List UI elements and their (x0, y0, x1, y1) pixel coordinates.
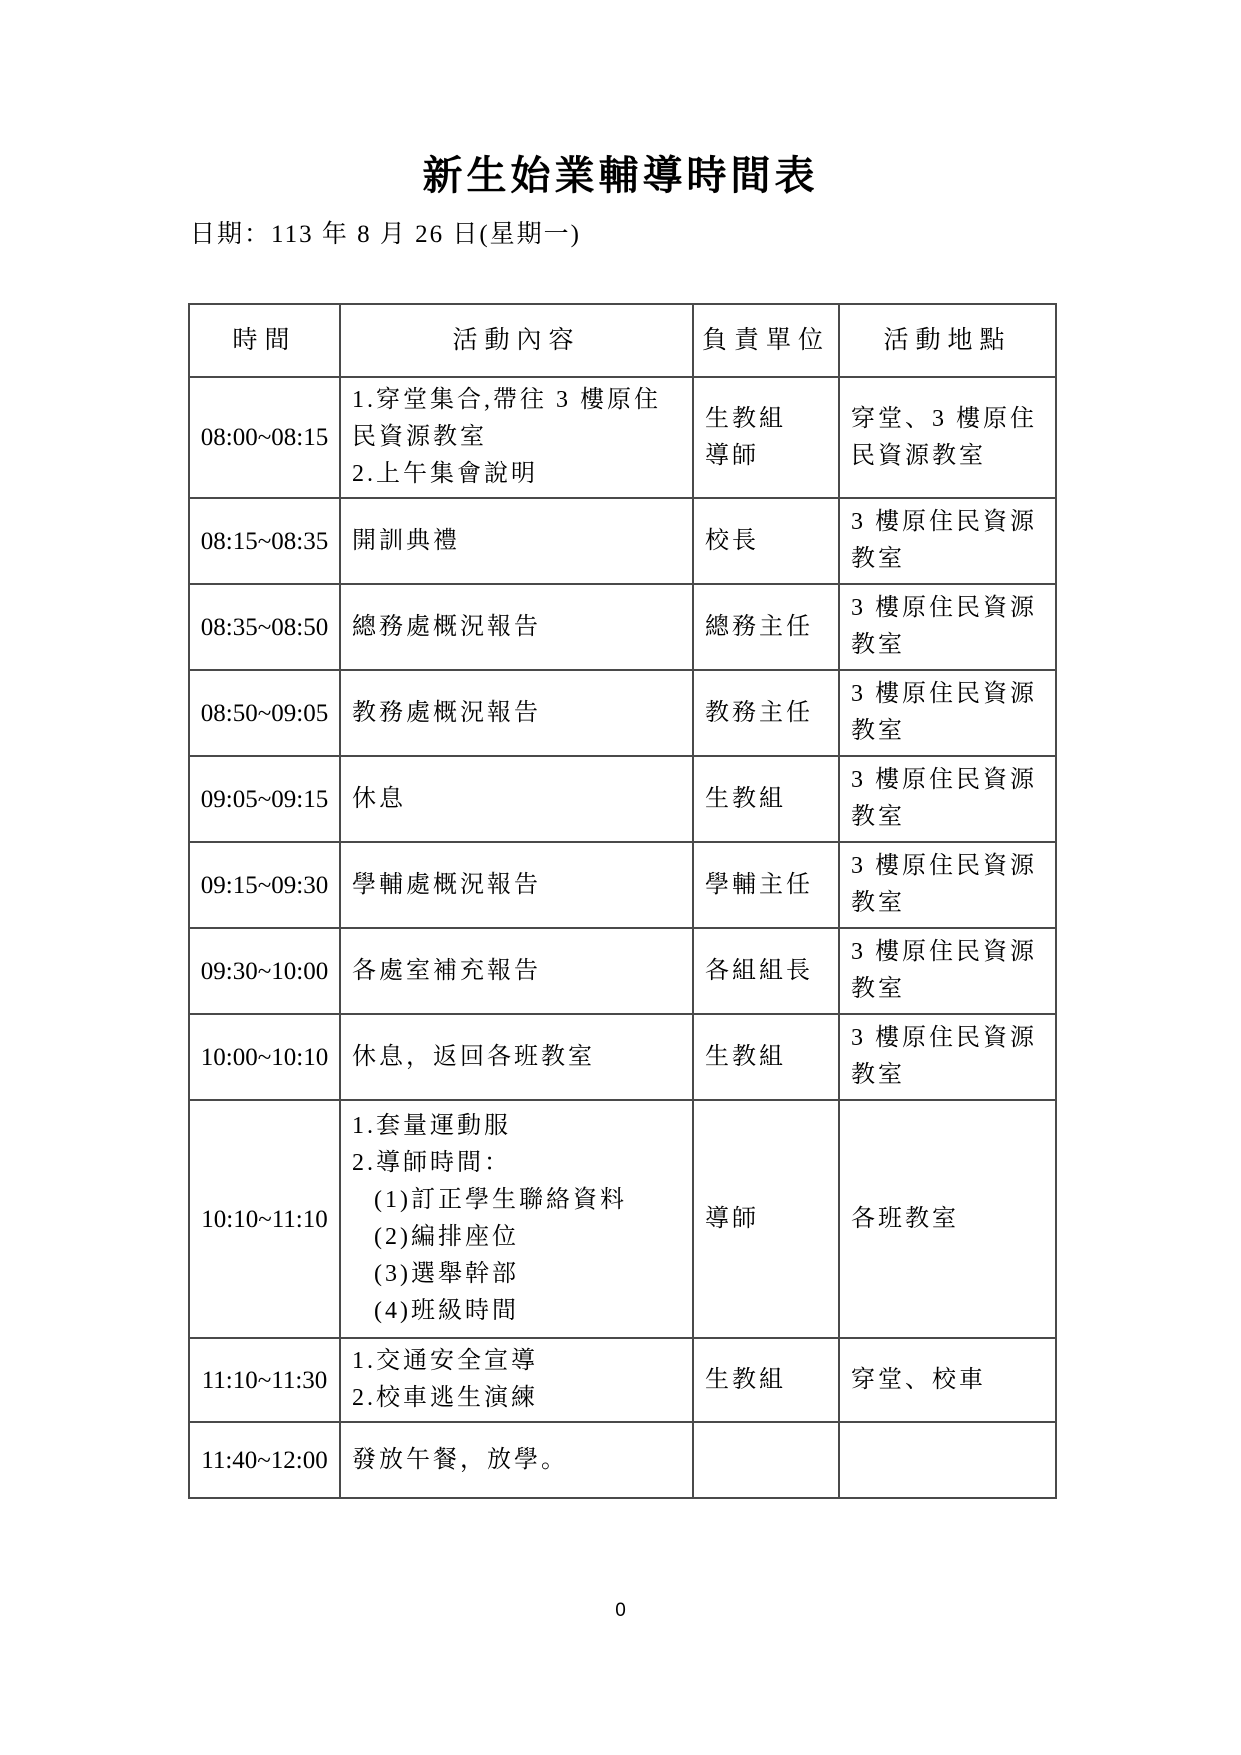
activity-content-line: 2.導師時間： (352, 1145, 684, 1182)
header-time: 時間 (189, 304, 340, 377)
table-row: 08:15~08:35開訓典禮校長3 樓原住民資源教室 (189, 498, 1056, 584)
responsible-unit-line: 各組組長 (705, 953, 830, 990)
time-cell: 09:15~09:30 (189, 842, 340, 928)
time-cell: 08:15~08:35 (189, 498, 340, 584)
activity-content-cell: 1.套量運動服2.導師時間：(1)訂正學生聯絡資料(2)編排座位(3)選舉幹部(… (340, 1100, 693, 1338)
activity-content-line: (3)選舉幹部 (352, 1256, 684, 1293)
header-activity-location: 活動地點 (839, 304, 1056, 377)
activity-content-line: 發放午餐，放學。 (352, 1442, 684, 1479)
responsible-unit-line: 校長 (705, 523, 830, 560)
responsible-unit-cell: 生教組 (693, 756, 839, 842)
responsible-unit-cell: 總務主任 (693, 584, 839, 670)
activity-content-line: 各處室補充報告 (352, 953, 684, 990)
activity-location-cell: 各班教室 (839, 1100, 1056, 1338)
responsible-unit-cell (693, 1422, 839, 1498)
activity-content-line: 休息 (352, 781, 684, 818)
activity-location-cell: 3 樓原住民資源教室 (839, 498, 1056, 584)
activity-content-line: 1.套量運動服 (352, 1108, 684, 1145)
table-row: 09:15~09:30學輔處概況報告學輔主任3 樓原住民資源教室 (189, 842, 1056, 928)
responsible-unit-line: 生教組 (705, 1039, 830, 1076)
table-row: 10:10~11:101.套量運動服2.導師時間：(1)訂正學生聯絡資料(2)編… (189, 1100, 1056, 1338)
activity-content-line: 2.上午集會說明 (352, 456, 684, 493)
page-number: 0 (0, 1600, 1241, 1622)
activity-content-line: 1.交通安全宣導 (352, 1343, 684, 1380)
activity-location-cell: 3 樓原住民資源教室 (839, 584, 1056, 670)
responsible-unit-line: 總務主任 (705, 609, 830, 646)
responsible-unit-cell: 校長 (693, 498, 839, 584)
responsible-unit-cell: 導師 (693, 1100, 839, 1338)
activity-content-cell: 1.交通安全宣導2.校車逃生演練 (340, 1338, 693, 1422)
time-cell: 08:50~09:05 (189, 670, 340, 756)
time-cell: 08:35~08:50 (189, 584, 340, 670)
activity-location-cell: 3 樓原住民資源教室 (839, 1014, 1056, 1100)
activity-content-cell: 1.穿堂集合,帶往 3 樓原住民資源教室2.上午集會說明 (340, 377, 693, 498)
activity-content-line: 總務處概況報告 (352, 609, 684, 646)
activity-content-line: (4)班級時間 (352, 1293, 684, 1330)
responsible-unit-cell: 各組組長 (693, 928, 839, 1014)
time-cell: 08:00~08:15 (189, 377, 340, 498)
activity-content-line: 1.穿堂集合,帶往 3 樓原住民資源教室 (352, 382, 684, 456)
activity-content-line: 學輔處概況報告 (352, 867, 684, 904)
header-responsible-unit: 負責單位 (693, 304, 839, 377)
header-activity-content: 活動內容 (340, 304, 693, 377)
activity-content-cell: 總務處概況報告 (340, 584, 693, 670)
activity-location-cell: 穿堂、校車 (839, 1338, 1056, 1422)
responsible-unit-line: 生教組 (705, 1362, 830, 1399)
table-row: 11:10~11:301.交通安全宣導2.校車逃生演練生教組穿堂、校車 (189, 1338, 1056, 1422)
responsible-unit-cell: 學輔主任 (693, 842, 839, 928)
activity-content-cell: 學輔處概況報告 (340, 842, 693, 928)
table-header-row: 時間 活動內容 負責單位 活動地點 (189, 304, 1056, 377)
activity-content-line: (1)訂正學生聯絡資料 (352, 1182, 684, 1219)
responsible-unit-cell: 生教組導師 (693, 377, 839, 498)
time-cell: 09:05~09:15 (189, 756, 340, 842)
activity-content-cell: 休息 (340, 756, 693, 842)
schedule-table: 時間 活動內容 負責單位 活動地點 08:00~08:151.穿堂集合,帶往 3… (188, 303, 1057, 1499)
responsible-unit-cell: 教務主任 (693, 670, 839, 756)
activity-content-cell: 開訓典禮 (340, 498, 693, 584)
activity-content-cell: 休息，返回各班教室 (340, 1014, 693, 1100)
time-cell: 09:30~10:00 (189, 928, 340, 1014)
responsible-unit-line: 生教組 (705, 401, 830, 438)
table-row: 08:35~08:50總務處概況報告總務主任3 樓原住民資源教室 (189, 584, 1056, 670)
time-cell: 10:00~10:10 (189, 1014, 340, 1100)
activity-location-cell: 穿堂、3 樓原住民資源教室 (839, 377, 1056, 498)
activity-content-line: 2.校車逃生演練 (352, 1380, 684, 1417)
time-cell: 10:10~11:10 (189, 1100, 340, 1338)
responsible-unit-line: 導師 (705, 1201, 830, 1238)
activity-content-cell: 教務處概況報告 (340, 670, 693, 756)
activity-content-line: (2)編排座位 (352, 1219, 684, 1256)
table-row: 09:05~09:15休息生教組3 樓原住民資源教室 (189, 756, 1056, 842)
table-row: 08:50~09:05教務處概況報告教務主任3 樓原住民資源教室 (189, 670, 1056, 756)
responsible-unit-line: 導師 (705, 438, 830, 475)
document-page: 新生始業輔導時間表 日期：113 年 8 月 26 日(星期一) 時間 活動內容… (0, 0, 1241, 1755)
responsible-unit-line: 學輔主任 (705, 867, 830, 904)
table-row: 11:40~12:00發放午餐，放學。 (189, 1422, 1056, 1498)
activity-location-cell: 3 樓原住民資源教室 (839, 756, 1056, 842)
activity-content-cell: 發放午餐，放學。 (340, 1422, 693, 1498)
responsible-unit-cell: 生教組 (693, 1338, 839, 1422)
activity-location-cell: 3 樓原住民資源教室 (839, 842, 1056, 928)
activity-content-line: 教務處概況報告 (352, 695, 684, 732)
table-row: 09:30~10:00各處室補充報告各組組長3 樓原住民資源教室 (189, 928, 1056, 1014)
table-row: 10:00~10:10休息，返回各班教室生教組3 樓原住民資源教室 (189, 1014, 1056, 1100)
time-cell: 11:10~11:30 (189, 1338, 340, 1422)
schedule-body: 08:00~08:151.穿堂集合,帶往 3 樓原住民資源教室2.上午集會說明生… (189, 377, 1056, 1498)
activity-location-cell: 3 樓原住民資源教室 (839, 670, 1056, 756)
activity-content-line: 休息，返回各班教室 (352, 1039, 684, 1076)
responsible-unit-cell: 生教組 (693, 1014, 839, 1100)
table-row: 08:00~08:151.穿堂集合,帶往 3 樓原住民資源教室2.上午集會說明生… (189, 377, 1056, 498)
responsible-unit-line: 教務主任 (705, 695, 830, 732)
activity-location-cell (839, 1422, 1056, 1498)
activity-content-cell: 各處室補充報告 (340, 928, 693, 1014)
date-line: 日期：113 年 8 月 26 日(星期一) (190, 218, 581, 252)
time-cell: 11:40~12:00 (189, 1422, 340, 1498)
activity-location-cell: 3 樓原住民資源教室 (839, 928, 1056, 1014)
page-title: 新生始業輔導時間表 (0, 150, 1241, 202)
activity-content-line: 開訓典禮 (352, 523, 684, 560)
responsible-unit-line: 生教組 (705, 781, 830, 818)
